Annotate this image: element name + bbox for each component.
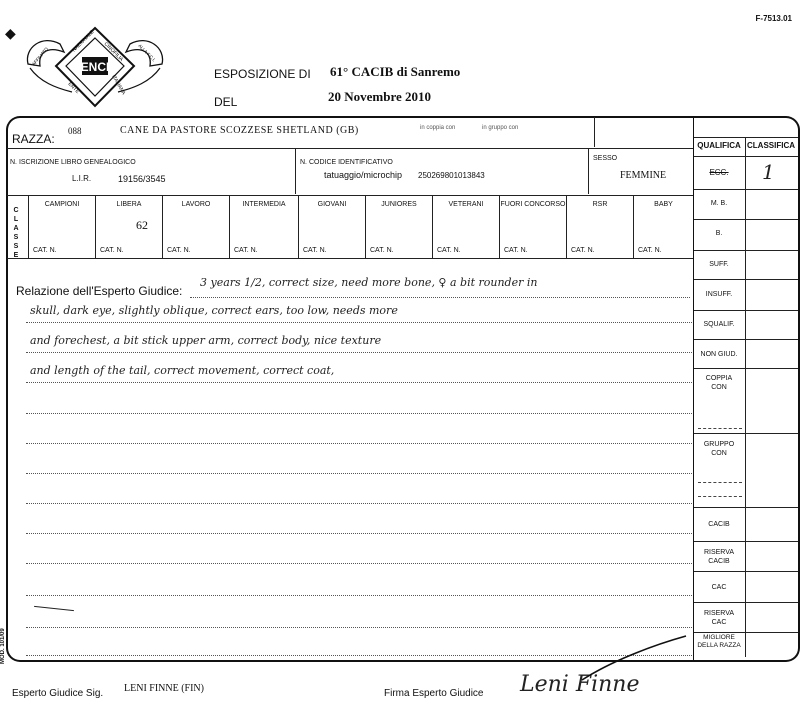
cat-label: CAT. N. bbox=[33, 247, 57, 254]
qualifica-cacib[interactable]: CACIB bbox=[693, 520, 745, 529]
codice-prefix: tatuaggio/microchip bbox=[324, 170, 402, 180]
classe-column-header: BABY bbox=[634, 201, 693, 208]
qualifica-mb[interactable]: M. B. bbox=[693, 199, 745, 208]
classe-label: C L A S S E bbox=[10, 206, 22, 260]
divider bbox=[7, 148, 693, 149]
enci-logo: ENCI NAZIONALE CINOFILIA ITALIANA ENTE A… bbox=[20, 22, 170, 110]
sesso-value[interactable]: FEMMINE bbox=[620, 170, 666, 181]
classe-column-header: INTERMEDIA bbox=[230, 201, 298, 208]
gruppo-con-note: in gruppo con bbox=[482, 125, 518, 131]
divider bbox=[694, 156, 798, 157]
divider bbox=[694, 368, 798, 369]
divider bbox=[295, 149, 296, 194]
esposizione-value: 61° CACIB di Sanremo bbox=[330, 64, 460, 80]
cat-label: CAT. N. bbox=[504, 247, 528, 254]
classe-column-header: RSR bbox=[567, 201, 633, 208]
sesso-label: SESSO bbox=[593, 155, 617, 162]
del-label: DEL bbox=[214, 95, 237, 109]
coppia-entry-line[interactable] bbox=[698, 428, 742, 429]
ruled-line bbox=[26, 382, 692, 383]
ruled-line bbox=[190, 297, 690, 298]
ruled-line bbox=[26, 473, 692, 474]
ruled-line bbox=[26, 595, 692, 596]
coppia-con-note: in coppia con bbox=[420, 125, 455, 131]
divider bbox=[594, 117, 595, 147]
qualifica-riserva-cacib[interactable]: RISERVA CACIB bbox=[693, 548, 745, 566]
razza-label: RAZZA: bbox=[12, 132, 55, 146]
classe-column-header: VETERANI bbox=[433, 201, 499, 208]
divider bbox=[588, 149, 589, 194]
del-value: 20 Novembre 2010 bbox=[328, 89, 431, 105]
ruled-line bbox=[26, 352, 692, 353]
mod-code: MOD. 101/09 bbox=[0, 628, 6, 664]
classe-libera[interactable]: LIBERA 62 CAT. N. bbox=[96, 196, 163, 258]
cat-label: CAT. N. bbox=[234, 247, 258, 254]
libro-value[interactable]: 19156/3545 bbox=[118, 174, 166, 184]
cat-label: CAT. N. bbox=[571, 247, 595, 254]
cat-label: CAT. N. bbox=[370, 247, 394, 254]
ruled-line bbox=[26, 322, 692, 323]
classifica-header: CLASSIFICA bbox=[745, 141, 797, 150]
ruled-line bbox=[26, 533, 692, 534]
esperto-value[interactable]: LENI FINNE (FIN) bbox=[124, 683, 204, 694]
divider bbox=[694, 219, 798, 220]
cat-label: CAT. N. bbox=[303, 247, 327, 254]
classe-letter: S bbox=[10, 242, 22, 251]
relazione-line-3[interactable]: and forechest, a bit stick upper arm, co… bbox=[30, 334, 381, 347]
qualifica-ecc[interactable]: ECC. bbox=[693, 168, 745, 177]
relazione-line-4[interactable]: and length of the tail, correct movement… bbox=[30, 364, 334, 377]
classe-column-header: FUORI CONCORSO bbox=[500, 201, 566, 208]
ruled-line bbox=[26, 443, 692, 444]
gruppo-entry-line[interactable] bbox=[698, 482, 742, 483]
qualifica-suff[interactable]: SUFF. bbox=[693, 260, 745, 269]
cat-label: CAT. N. bbox=[638, 247, 662, 254]
classe-column-header: CAMPIONI bbox=[29, 201, 95, 208]
qualifica-cac[interactable]: CAC bbox=[693, 583, 745, 592]
firma-label: Firma Esperto Giudice bbox=[384, 688, 483, 699]
qualifica-header: QUALIFICA bbox=[693, 141, 745, 150]
codice-value[interactable]: 250269801013843 bbox=[418, 171, 485, 180]
qualifica-migliore-della-razza[interactable]: MIGLIORE DELLA RAZZA bbox=[693, 634, 745, 650]
classe-juniores[interactable]: JUNIORES CAT. N. bbox=[366, 196, 433, 258]
classe-lavoro[interactable]: LAVORO CAT. N. bbox=[163, 196, 230, 258]
ruled-line bbox=[26, 627, 692, 628]
divider bbox=[694, 433, 798, 434]
ruled-line bbox=[26, 413, 692, 414]
libro-prefix: L.I.R. bbox=[72, 174, 91, 183]
signature-stroke bbox=[580, 632, 690, 682]
cat-label: CAT. N. bbox=[437, 247, 461, 254]
qualifica-b[interactable]: B. bbox=[693, 229, 745, 238]
relazione-line-2[interactable]: skull, dark eye, slightly oblique, corre… bbox=[30, 304, 398, 317]
cat-label: CAT. N. bbox=[100, 247, 124, 254]
divider bbox=[694, 137, 798, 138]
classe-letter: L bbox=[10, 215, 22, 224]
classe-rsr[interactable]: RSR CAT. N. bbox=[567, 196, 634, 258]
divider bbox=[694, 632, 798, 633]
divider bbox=[694, 571, 798, 572]
codice-label: N. CODICE IDENTIFICATIVO bbox=[300, 159, 393, 166]
classe-column-header: JUNIORES bbox=[366, 201, 432, 208]
classifica-value[interactable]: 1 bbox=[762, 160, 775, 184]
divider bbox=[694, 310, 798, 311]
qualifica-squalif[interactable]: SQUALIF. bbox=[693, 320, 745, 329]
qualifica-riserva-cac[interactable]: RISERVA CAC bbox=[693, 609, 745, 627]
classe-veterani[interactable]: VETERANI CAT. N. bbox=[433, 196, 500, 258]
registration-mark-icon: ◆ bbox=[5, 25, 16, 42]
ruled-line bbox=[26, 563, 692, 564]
gruppo-entry-line[interactable] bbox=[698, 496, 742, 497]
divider bbox=[694, 541, 798, 542]
divider bbox=[694, 602, 798, 603]
relazione-label: Relazione dell'Esperto Giudice: bbox=[16, 284, 182, 298]
divider bbox=[745, 137, 746, 657]
divider bbox=[694, 250, 798, 251]
divider bbox=[694, 279, 798, 280]
esposizione-label: ESPOSIZIONE DI bbox=[214, 67, 311, 81]
classe-column-header: LIBERA bbox=[96, 201, 162, 208]
classe-letter: S bbox=[10, 233, 22, 242]
classe-grid: CAMPIONI CAT. N. LIBERA 62 CAT. N. LAVOR… bbox=[29, 196, 693, 258]
razza-code[interactable]: 088 bbox=[68, 126, 82, 136]
razza-name[interactable]: CANE DA PASTORE SCOZZESE SHETLAND (GB) bbox=[120, 125, 359, 136]
classe-giovani[interactable]: GIOVANI CAT. N. bbox=[299, 196, 366, 258]
qualifica-insuff[interactable]: INSUFF. bbox=[693, 290, 745, 299]
qualifica-non-giud[interactable]: NON GIUD. bbox=[693, 350, 745, 359]
classe-letter: C bbox=[10, 206, 22, 215]
qualifica-coppia-con[interactable]: COPPIA CON bbox=[693, 374, 745, 392]
esperto-label: Esperto Giudice Sig. bbox=[12, 688, 103, 699]
classe-column-header: LAVORO bbox=[163, 201, 229, 208]
classe-value: 62 bbox=[136, 218, 148, 233]
ruled-line bbox=[26, 503, 692, 504]
cat-label: CAT. N. bbox=[167, 247, 191, 254]
qualifica-gruppo-con[interactable]: GRUPPO CON bbox=[693, 440, 745, 458]
classe-letter: A bbox=[10, 224, 22, 233]
divider bbox=[694, 507, 798, 508]
divider bbox=[694, 189, 798, 190]
divider bbox=[7, 258, 693, 259]
classe-fuori-concorso[interactable]: FUORI CONCORSO CAT. N. bbox=[500, 196, 567, 258]
relazione-line-1[interactable]: 3 years 1/2, correct size, need more bon… bbox=[200, 276, 537, 289]
libro-label: N. ISCRIZIONE LIBRO GENEALOGICO bbox=[10, 159, 136, 166]
classe-campioni[interactable]: CAMPIONI CAT. N. bbox=[29, 196, 96, 258]
svg-text:ENCI: ENCI bbox=[81, 60, 110, 74]
divider bbox=[694, 339, 798, 340]
form-code: F-7513.01 bbox=[756, 14, 792, 23]
classe-baby[interactable]: BABY CAT. N. bbox=[634, 196, 693, 258]
classe-column-header: GIOVANI bbox=[299, 201, 365, 208]
classe-intermedia[interactable]: INTERMEDIA CAT. N. bbox=[230, 196, 299, 258]
